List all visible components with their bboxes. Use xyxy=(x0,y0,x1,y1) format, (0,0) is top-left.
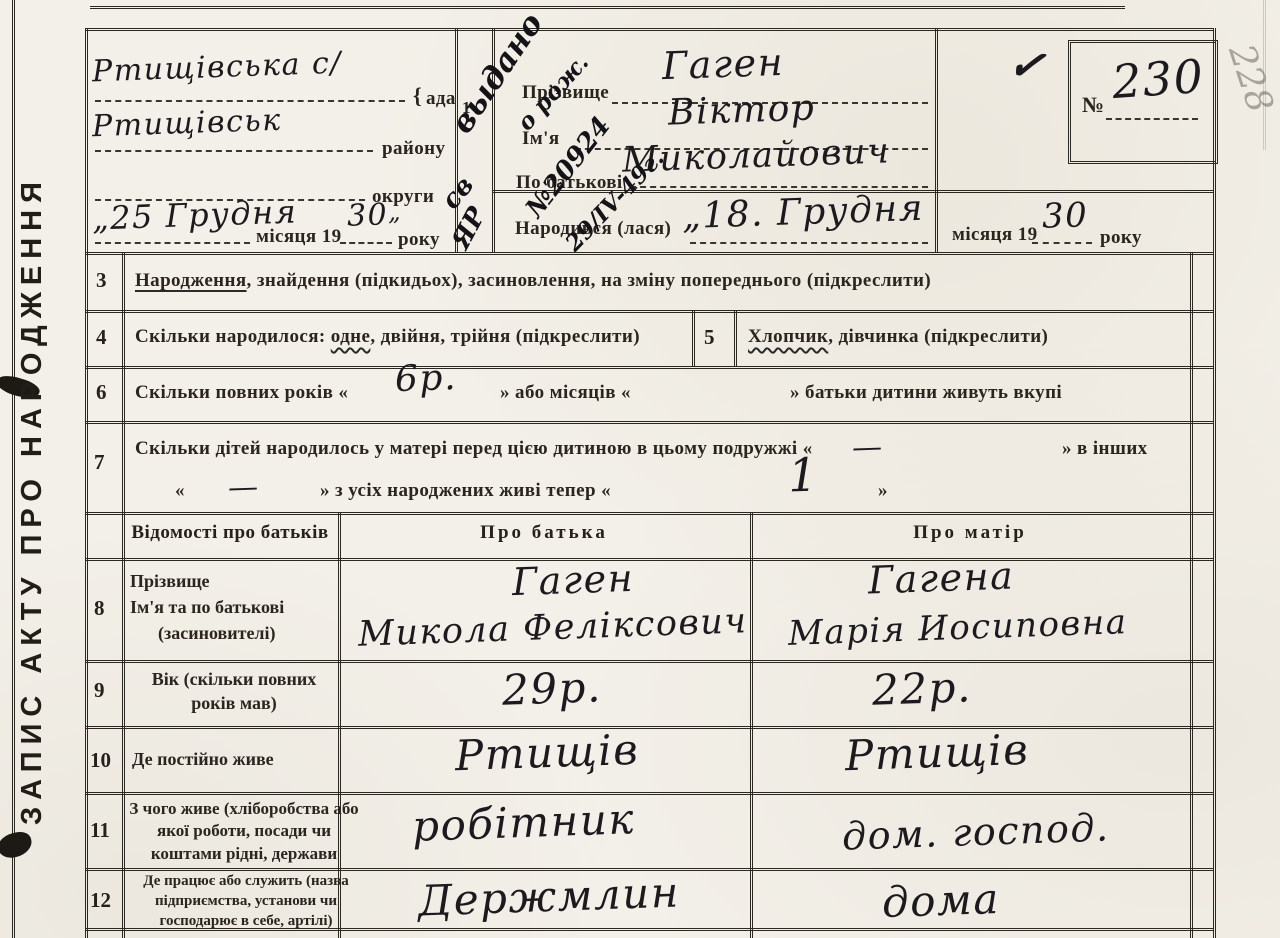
row-number: 9 xyxy=(94,678,105,703)
row7-line1-entry: — xyxy=(851,429,884,465)
row-rule xyxy=(85,512,1213,515)
record-year-entry: 30 xyxy=(346,197,388,233)
brace-glyph: { xyxy=(413,83,422,109)
row7-line2-closequote: » xyxy=(878,480,888,502)
mother-surname-entry: Гагена xyxy=(867,553,1015,602)
row4-text-pre: Скільки народилося: xyxy=(135,326,331,347)
row7-alive-entry: 1 xyxy=(787,447,820,502)
form-border-top xyxy=(85,28,1213,31)
mother-age-entry: 22р. xyxy=(871,662,972,714)
mother-occupation-entry: дом. господ. xyxy=(841,805,1110,858)
born-roku-label: року xyxy=(1100,227,1142,249)
reg-number-rule xyxy=(1106,118,1198,120)
row9-label: Вік (скільки повних років мав) xyxy=(132,668,336,716)
row4-text-rest: , двійня, трійня (підкреслити) xyxy=(370,326,640,347)
column-header-parents: Відомості про батьків xyxy=(122,522,338,544)
district-entry: Ртищівськ xyxy=(91,103,282,145)
row12-label: Де працює або служить (назва підприємств… xyxy=(126,872,366,931)
top-section-bottom-rule xyxy=(85,252,1213,255)
row-number: 3 xyxy=(96,268,107,293)
record-roku-label: року xyxy=(398,229,440,251)
row-rule xyxy=(85,558,1213,561)
page-title: ЗАПИС АКТУ ПРО НАРОДЖЕННЯ xyxy=(16,150,49,850)
row-number: 11 xyxy=(90,818,110,843)
row8-label-line1: Прізвище xyxy=(130,570,210,594)
mother-workplace-entry: дома xyxy=(881,874,1000,927)
record-month-label: місяця 19 xyxy=(256,226,342,248)
mother-name-entry: Марія Иосиповна xyxy=(787,602,1128,654)
row6-text-2: » або місяців « xyxy=(500,382,631,404)
reg-number-label: № xyxy=(1082,92,1105,118)
row7-line2-text: » з усіх народжених живі тепер « xyxy=(320,480,611,502)
row-rule xyxy=(85,792,1213,795)
row5-number-cell-rule xyxy=(692,310,695,366)
form-border-left xyxy=(85,28,88,938)
father-name-entry: Микола Феліксович xyxy=(357,601,748,655)
born-year-entry: 30 xyxy=(1041,195,1089,237)
row8-label-line3: (засиновителі) xyxy=(158,622,276,646)
row7-line2-entry: — xyxy=(227,469,260,505)
row-number: 5 xyxy=(704,325,715,350)
row7-line1-tail: » в інших xyxy=(1062,438,1148,460)
row4-underlined-option: одне xyxy=(331,326,371,347)
record-year-ditto: „ xyxy=(388,198,403,226)
row-number: 10 xyxy=(90,748,111,773)
number-column-rule xyxy=(122,252,125,938)
top-edge-rule xyxy=(90,6,1125,9)
row7-line2-openquote: « xyxy=(175,480,185,502)
patronymic-rule xyxy=(630,186,928,188)
surname-entry: Гаген xyxy=(661,40,785,88)
record-year-rule xyxy=(340,242,392,244)
row5-text-rest: , дівчинка (підкреслити) xyxy=(828,326,1048,347)
born-date-entry: „18. Грудня xyxy=(681,188,924,237)
row10-label: Де постійно живе xyxy=(132,748,274,772)
father-occupation-entry: робітник xyxy=(411,794,635,851)
council-line2-rule xyxy=(95,150,373,152)
row-rule xyxy=(85,421,1213,424)
row8-label-line2: Ім'я та по батькові xyxy=(130,596,284,620)
father-age-entry: 29р. xyxy=(501,662,602,714)
council-name-entry: Ртищівська с/ xyxy=(91,46,342,90)
father-mother-column-rule xyxy=(750,512,753,938)
row-number: 12 xyxy=(90,888,111,913)
right-narrow-column-rule xyxy=(1190,252,1193,938)
council-line1-rule xyxy=(95,100,405,102)
mother-residence-entry: Ртищів xyxy=(844,725,1030,780)
row6-text-1: Скільки повних років « xyxy=(135,382,348,404)
row5-underlined-option: Хлопчик xyxy=(748,326,828,347)
father-surname-entry: Гаген xyxy=(511,556,635,604)
row7-line1-text: Скільки дітей народилось у матері перед … xyxy=(135,438,813,460)
father-workplace-entry: Держмлин xyxy=(417,867,680,925)
left-page-rule xyxy=(12,0,15,938)
margin-note: 228 xyxy=(1220,39,1280,117)
born-year-rule xyxy=(1032,242,1092,244)
row-number: 4 xyxy=(96,325,107,350)
birth-record-scan: ЗАПИС АКТУ ПРО НАРОДЖЕННЯ Ртищівська с/ … xyxy=(0,0,1280,938)
child-block-right-rule xyxy=(935,28,938,252)
row-number: 8 xyxy=(94,596,105,621)
row-rule xyxy=(85,660,1213,663)
row3-underlined-option: Народження xyxy=(135,270,247,291)
reg-number-value: 230 xyxy=(1110,49,1206,109)
record-date-rule xyxy=(95,242,250,244)
row-rule xyxy=(85,366,1213,369)
district-label: району xyxy=(382,138,445,160)
row-rule xyxy=(85,726,1213,729)
row6-text-3: » батьки дитини живуть вкупі xyxy=(790,382,1062,404)
born-date-rule xyxy=(690,242,928,244)
column-header-father: Про батька xyxy=(338,522,750,544)
row-number: 6 xyxy=(96,380,107,405)
column-header-mother: Про матір xyxy=(750,522,1190,544)
row-rule xyxy=(85,310,1213,313)
row5-number-cell-rule xyxy=(734,310,737,366)
name-entry: Віктор xyxy=(667,87,816,133)
father-residence-entry: Ртищів xyxy=(454,725,640,780)
check-mark-icon: ✓ xyxy=(1005,38,1050,94)
form-border-right xyxy=(1213,28,1216,938)
row11-label: З чого живе (хліборобства або якої робот… xyxy=(128,798,360,865)
row-number: 7 xyxy=(94,450,105,475)
row3-text: , знайдення (підкидьох), засиновлення, н… xyxy=(247,270,932,291)
row6-years-entry: 6р. xyxy=(394,357,457,400)
born-month-label: місяця 19 xyxy=(952,224,1038,246)
